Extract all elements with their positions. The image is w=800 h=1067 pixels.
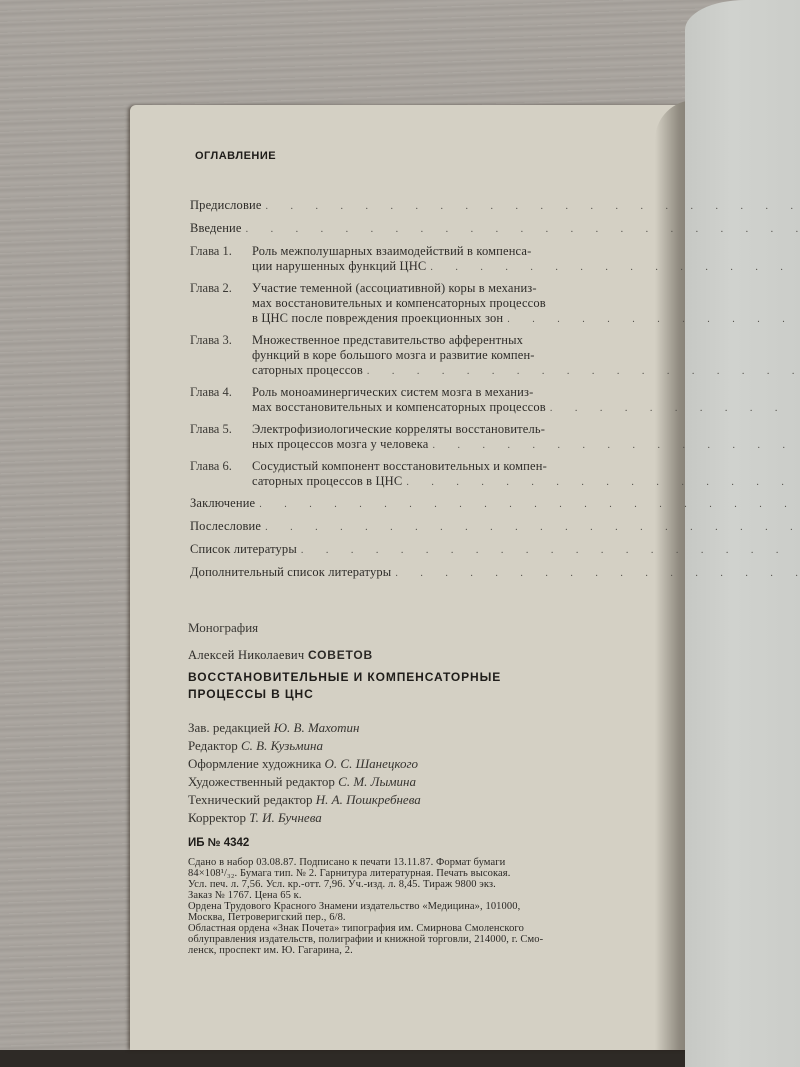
book-title-line: ВОССТАНОВИТЕЛЬНЫЕ И КОМПЕНСАТОРНЫЕ <box>188 669 628 686</box>
author: Алексей Николаевич СОВЕТОВ <box>188 648 628 663</box>
imprint: Сдано в набор 03.08.87. Подписано к печа… <box>188 857 628 956</box>
ib-number: ИБ № 4342 <box>188 837 628 849</box>
toc-entry-text: мах восстановительных и компенсаторных п… <box>252 400 546 415</box>
book-type: Монография <box>188 620 628 636</box>
chapter-label: Глава 4. <box>190 385 252 415</box>
imprint-line: Усл. печ. л. 7,56. Усл. кр.-отт. 7,96. У… <box>188 879 628 890</box>
credit-name: С. М. Лымина <box>338 774 416 789</box>
toc-entry: Список литературы. . . . . . . . . . . .… <box>190 542 657 557</box>
toc-entry-text: Список литературы <box>190 542 297 557</box>
credit-role: Технический редактор <box>188 792 316 807</box>
author-surname: СОВЕТОВ <box>308 648 373 662</box>
imprint-line: Москва, Петроверигский пер., 6/8. <box>188 912 628 923</box>
toc-entry-text: Предисловие <box>190 198 262 213</box>
imprint-line: 84×108¹/₃₂. Бумага тип. № 2. Гарнитура л… <box>188 868 628 879</box>
toc-entry-text: ции нарушенных функций ЦНС <box>252 259 426 274</box>
leader-dots: . . . . . . . . . . . . . . . . . . . . … <box>266 201 800 212</box>
book-title-line: ПРОЦЕССЫ В ЦНС <box>188 686 628 703</box>
toc-entry-text: Электрофизиологические корреляты восстан… <box>252 422 545 437</box>
credit-line: Оформление художника О. С. Шанецкого <box>188 755 628 773</box>
credit-name: С. В. Кузьмина <box>241 738 323 753</box>
credit-name: Н. А. Пошкребнева <box>316 792 421 807</box>
chapter-label: Глава 6. <box>190 459 252 489</box>
credit-role: Корректор <box>188 810 249 825</box>
credit-name: Ю. В. Махотин <box>274 720 360 735</box>
leader-dots: . . . . . . . . . . . . . . . . . . . . … <box>430 262 800 273</box>
toc-entry-text: мах восстановительных и компенсаторных п… <box>252 296 546 311</box>
imprint-line: Областная ордена «Знак Почета» типографи… <box>188 923 628 934</box>
toc-entry-text: саторных процессов в ЦНС <box>252 474 402 489</box>
toc-entry-text: саторных процессов <box>252 363 363 378</box>
toc-entry-text: Сосудистый компонент восстановительных и… <box>252 459 547 474</box>
toc-entry-text: Роль межполушарных взаимодействий в комп… <box>252 244 531 259</box>
toc-entry: Послесловие. . . . . . . . . . . . . . .… <box>190 519 657 534</box>
toc-entry: Заключение. . . . . . . . . . . . . . . … <box>190 496 657 511</box>
toc-entry: Глава 1.Роль межполушарных взаимодействи… <box>190 244 657 274</box>
chapter-label: Глава 2. <box>190 281 252 326</box>
toc-entry: Глава 4.Роль моноаминергических систем м… <box>190 385 657 415</box>
publication-details: Монография Алексей Николаевич СОВЕТОВ ВО… <box>188 620 628 956</box>
credit-name: Т. И. Бучнева <box>249 810 322 825</box>
chapter-label: Глава 3. <box>190 333 252 378</box>
credit-role: Оформление художника <box>188 756 325 771</box>
toc-entry-text: ных процессов мозга у человека <box>252 437 428 452</box>
toc-entry: Дополнительный список литературы. . . . … <box>190 565 657 580</box>
toc-entry-text: в ЦНС после повреждения проекционных зон <box>252 311 503 326</box>
leader-dots: . . . . . . . . . . . . . . . . . . . . … <box>550 403 800 414</box>
leader-dots: . . . . . . . . . . . . . . . . . . . . … <box>301 545 800 556</box>
toc-entry: Глава 2.Участие теменной (ассоциативной)… <box>190 281 657 326</box>
credit-line: Технический редактор Н. А. Пошкребнева <box>188 791 628 809</box>
toc-entry: Глава 6.Сосудистый компонент восстановит… <box>190 459 657 489</box>
leader-dots: . . . . . . . . . . . . . . . . . . . . … <box>246 224 800 235</box>
credit-name: О. С. Шанецкого <box>325 756 419 771</box>
toc-entry-text: Послесловие <box>190 519 261 534</box>
table-of-contents: Предисловие. . . . . . . . . . . . . . .… <box>190 198 657 588</box>
toc-entry: Введение. . . . . . . . . . . . . . . . … <box>190 221 657 236</box>
toc-entry-text: Множественное представительство афферент… <box>252 333 523 348</box>
imprint-line: облуправления издательств, полиграфии и … <box>188 934 628 945</box>
toc-entry-text: Роль моноаминергических систем мозга в м… <box>252 385 533 400</box>
toc-entry-text: функций в коре большого мозга и развитие… <box>252 348 535 363</box>
credit-line: Редактор С. В. Кузьмина <box>188 737 628 755</box>
toc-entry: Предисловие. . . . . . . . . . . . . . .… <box>190 198 657 213</box>
leader-dots: . . . . . . . . . . . . . . . . . . . . … <box>395 568 800 579</box>
toc-entry-text: Дополнительный список литературы <box>190 565 391 580</box>
credit-role: Художественный редактор <box>188 774 338 789</box>
toc-entry-text: Участие теменной (ассоциативной) коры в … <box>252 281 537 296</box>
toc-entry-text: Заключение <box>190 496 255 511</box>
leader-dots: . . . . . . . . . . . . . . . . . . . . … <box>367 366 800 377</box>
chapter-label: Глава 5. <box>190 422 252 452</box>
credit-role: Редактор <box>188 738 241 753</box>
credit-line: Зав. редакцией Ю. В. Махотин <box>188 719 628 737</box>
leader-dots: . . . . . . . . . . . . . . . . . . . . … <box>406 477 800 488</box>
leader-dots: . . . . . . . . . . . . . . . . . . . . … <box>259 499 800 510</box>
author-given-name: Алексей Николаевич <box>188 648 305 662</box>
imprint-line: ленск, проспект им. Ю. Гагарина, 2. <box>188 945 628 956</box>
imprint-line: Заказ № 1767. Цена 65 к. <box>188 890 628 901</box>
toc-entry: Глава 3.Множественное представительство … <box>190 333 657 378</box>
credits: Зав. редакцией Ю. В. МахотинРедактор С. … <box>188 719 628 827</box>
imprint-line: Сдано в набор 03.08.87. Подписано к печа… <box>188 857 628 868</box>
leader-dots: . . . . . . . . . . . . . . . . . . . . … <box>507 314 800 325</box>
book-title: ВОССТАНОВИТЕЛЬНЫЕ И КОМПЕНСАТОРНЫЕ ПРОЦЕ… <box>188 669 628 703</box>
leader-dots: . . . . . . . . . . . . . . . . . . . . … <box>432 440 800 451</box>
toc-entry-text: Введение <box>190 221 242 236</box>
leader-dots: . . . . . . . . . . . . . . . . . . . . … <box>265 522 800 533</box>
credit-line: Художественный редактор С. М. Лымина <box>188 773 628 791</box>
credit-line: Корректор Т. И. Бучнева <box>188 809 628 827</box>
imprint-line: Ордена Трудового Красного Знамени издате… <box>188 901 628 912</box>
toc-heading: ОГЛАВЛЕНИЕ <box>195 150 276 162</box>
chapter-label: Глава 1. <box>190 244 252 274</box>
credit-role: Зав. редакцией <box>188 720 274 735</box>
table-surface-shadow <box>0 1050 700 1067</box>
toc-entry: Глава 5.Электрофизиологические корреляты… <box>190 422 657 452</box>
